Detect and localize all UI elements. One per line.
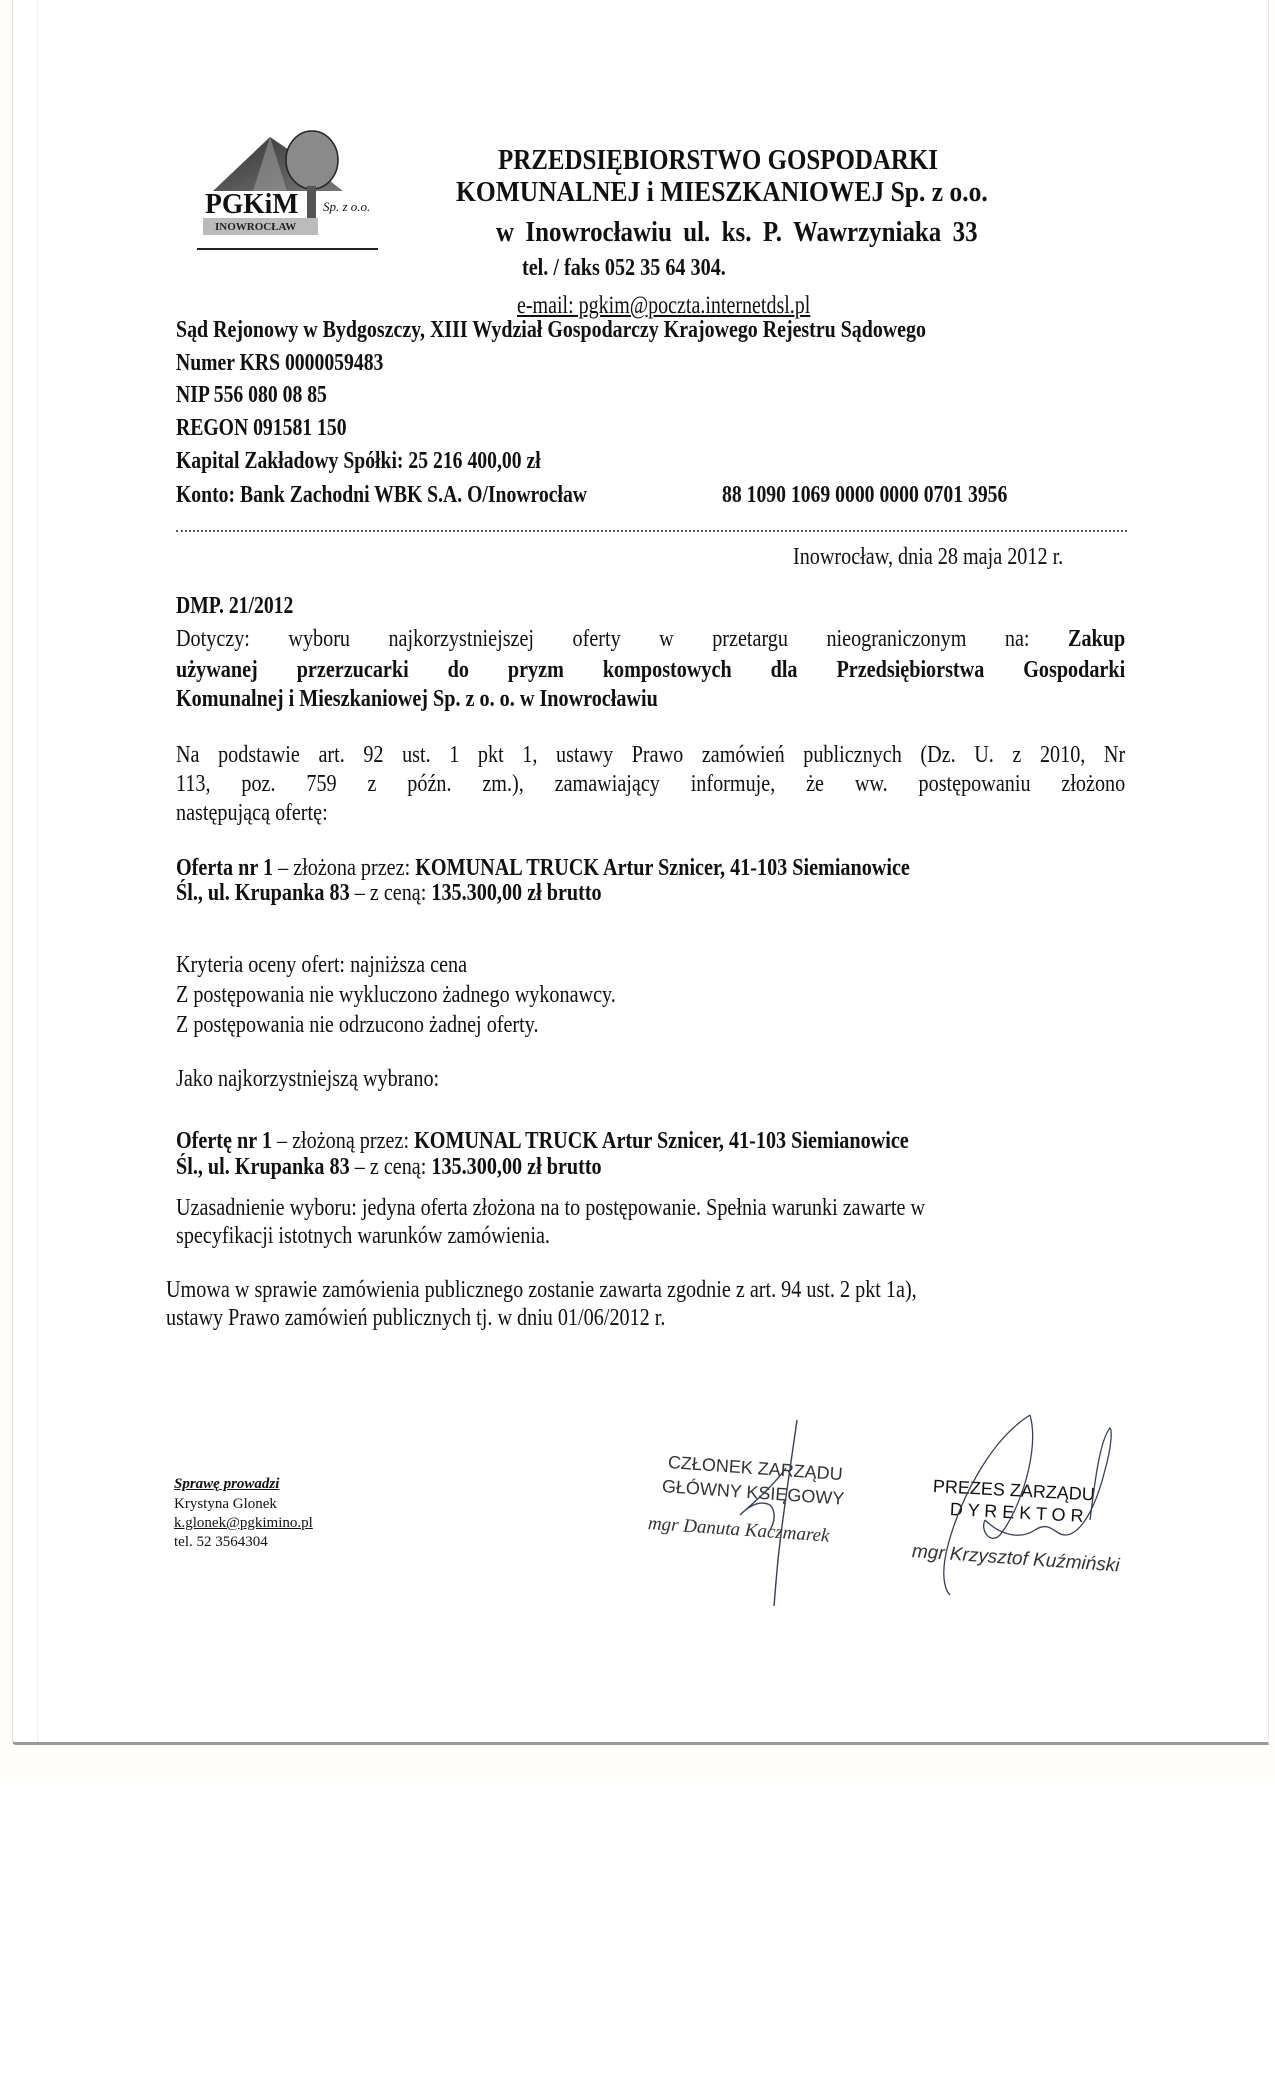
signature-chief-accountant-icon — [0, 0, 1275, 1700]
